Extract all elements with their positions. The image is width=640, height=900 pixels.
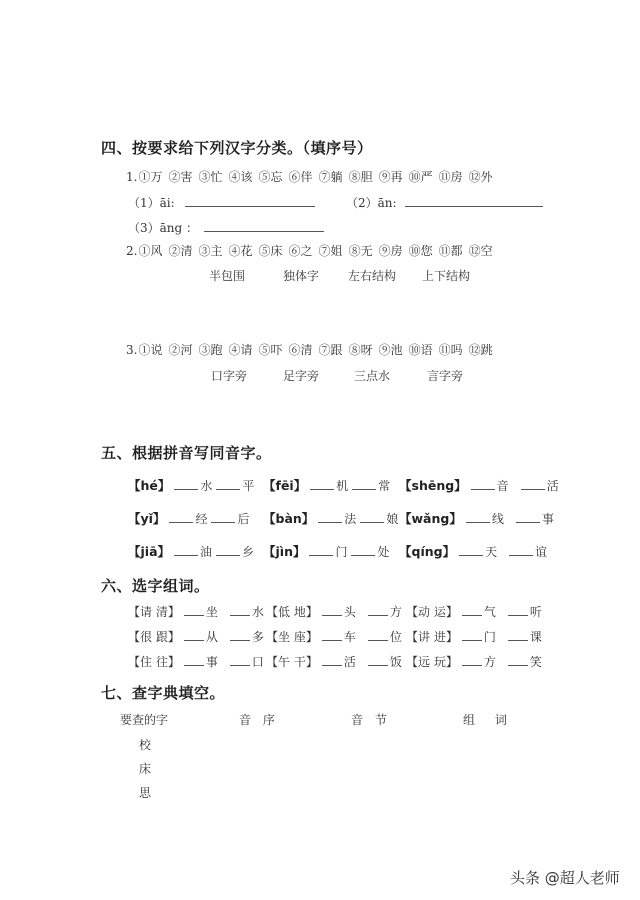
word-blank[interactable]: [184, 653, 204, 666]
q3-label: 3.: [126, 343, 137, 357]
q1-item: ⑩严: [409, 168, 433, 185]
word-char: 饭: [390, 653, 402, 670]
q2-category: 独体字: [283, 267, 319, 284]
word-blank[interactable]: [508, 628, 528, 641]
choice-row: 【请 清】 坐 水 【低 地】 头 方 【动 运】 气 听: [128, 603, 542, 620]
pinyin-label: 【fēi】: [263, 476, 306, 494]
pinyin-label: 【bàn】: [263, 509, 314, 527]
dict-char: 校: [139, 736, 151, 753]
word-blank[interactable]: [230, 628, 250, 641]
q1-item: ②害: [168, 168, 192, 185]
q3-item: ④请: [229, 341, 253, 358]
word-char: 门: [484, 628, 496, 645]
word-char: 平: [242, 477, 254, 494]
q2-item: ③主: [198, 242, 222, 259]
pinyin-group: 【hé】 水 平: [128, 476, 263, 494]
answer-blank[interactable]: [405, 194, 543, 207]
word-blank[interactable]: [169, 510, 193, 523]
pinyin-row: 【yǐ】 经 后 【bàn】 法 娘 【wǎng】 线 事: [128, 509, 554, 527]
word-blank[interactable]: [216, 543, 240, 556]
watermark: 头条 @超人老师: [510, 867, 620, 888]
q3-item: ⑤吓: [259, 341, 283, 358]
word-char: 谊: [535, 543, 547, 560]
choice-row: 【住 往】 事 口 【午 干】 活 饭 【远 玩】 方 笑: [128, 653, 542, 670]
word-char: 音: [497, 477, 509, 494]
word-char: 乡: [242, 543, 254, 560]
q3-category: 足字旁: [283, 367, 319, 384]
word-char: 后: [237, 510, 249, 527]
word-blank[interactable]: [184, 628, 204, 641]
q2-item: ⑧无: [349, 242, 373, 259]
word-blank[interactable]: [368, 628, 388, 641]
q1-item: ⑪房: [439, 168, 463, 185]
word-blank[interactable]: [352, 477, 376, 490]
section-7-title: 七、查字典填空。: [101, 682, 225, 703]
q3-category: 口字旁: [211, 367, 247, 384]
q3-item: ①说: [138, 341, 162, 358]
q1-answer-2: （2）ān:: [346, 194, 543, 211]
word-blank[interactable]: [368, 603, 388, 616]
choice-group: 【住 往】 事 口: [128, 653, 266, 670]
q2-item: ⑪都: [439, 242, 463, 259]
pinyin-label: 【yǐ】: [128, 509, 165, 527]
pinyin-label: 【jiā】: [128, 542, 170, 560]
q1-label: 1.: [126, 170, 137, 184]
q2-item: ②清: [168, 242, 192, 259]
word-char: 口: [252, 653, 264, 670]
dict-header-index: 音 序: [239, 711, 279, 728]
q2-label: 2.: [126, 244, 137, 258]
word-blank[interactable]: [322, 603, 342, 616]
pinyin-group: 【shēng】 音 活: [399, 476, 559, 494]
pinyin-label: 【jìn】: [263, 542, 305, 560]
word-char: 气: [484, 603, 496, 620]
word-char: 从: [206, 628, 218, 645]
word-blank[interactable]: [230, 603, 250, 616]
word-blank[interactable]: [174, 543, 198, 556]
choice-group: 【很 跟】 从 多: [128, 628, 266, 645]
answer-label: （1）āi:: [128, 194, 175, 211]
pinyin-row: 【hé】 水 平 【fēi】 机 常 【shēng】 音 活: [128, 476, 559, 494]
answer-blank[interactable]: [185, 194, 315, 207]
answer-blank[interactable]: [204, 219, 324, 232]
word-char: 车: [344, 628, 356, 645]
pinyin-group: 【yǐ】 经 后: [128, 509, 263, 527]
word-char: 经: [195, 510, 207, 527]
q1-item: ⑧胆: [349, 168, 373, 185]
section-4-title: 四、按要求给下列汉字分类。（填序号）: [101, 137, 373, 158]
word-blank[interactable]: [516, 510, 540, 523]
word-blank[interactable]: [230, 653, 250, 666]
q1-item: ④该: [229, 168, 253, 185]
dict-header-words: 组 词: [463, 711, 515, 728]
word-blank[interactable]: [466, 510, 490, 523]
dict-char: 思: [139, 784, 151, 801]
choice-label: 【坐 座】: [266, 628, 318, 645]
pinyin-group: 【wǎng】 线 事: [399, 509, 554, 527]
dict-char: 床: [139, 760, 151, 777]
q3-item: ⑫跳: [469, 341, 493, 358]
choice-label: 【动 运】: [406, 603, 458, 620]
choice-label: 【讲 进】: [406, 628, 458, 645]
choice-label: 【低 地】: [266, 603, 318, 620]
q3-category: 三点水: [354, 367, 390, 384]
q1-item: ⑫外: [469, 168, 493, 185]
answer-label: （3）āng ：: [128, 219, 198, 236]
q3-items-row: 3. ①说 ②河 ③跑 ④请 ⑤吓 ⑥清 ⑦跟 ⑧呀 ⑨池 ⑩语 ⑪吗 ⑫跳: [126, 341, 499, 358]
q1-item: ⑨再: [379, 168, 403, 185]
word-blank[interactable]: [462, 653, 482, 666]
word-blank[interactable]: [318, 510, 342, 523]
word-char: 事: [542, 510, 554, 527]
word-blank[interactable]: [184, 603, 204, 616]
pinyin-group: 【qíng】 天 谊: [399, 542, 547, 560]
q1-item: ③忙: [198, 168, 222, 185]
word-char: 活: [547, 477, 559, 494]
word-char: 头: [344, 603, 356, 620]
word-blank[interactable]: [521, 477, 545, 490]
q3-item: ⑥清: [289, 341, 313, 358]
word-blank[interactable]: [309, 543, 333, 556]
word-char: 门: [335, 543, 347, 560]
word-blank[interactable]: [360, 510, 384, 523]
choice-label: 【请 清】: [128, 603, 180, 620]
pinyin-group: 【jiā】 油 乡: [128, 542, 263, 560]
pinyin-row: 【jiā】 油 乡 【jìn】 门 处 【qíng】 天 谊: [128, 542, 547, 560]
pinyin-label: 【shēng】: [399, 476, 467, 494]
choice-label: 【午 干】: [266, 653, 318, 670]
q2-item: ⑤床: [259, 242, 283, 259]
word-char: 多: [252, 628, 264, 645]
word-char: 处: [377, 543, 389, 560]
choice-label: 【远 玩】: [406, 653, 458, 670]
q3-item: ⑩语: [409, 341, 433, 358]
word-blank[interactable]: [508, 603, 528, 616]
q2-category: 上下结构: [422, 267, 470, 284]
word-char: 娘: [386, 510, 398, 527]
word-char: 位: [390, 628, 402, 645]
q3-item: ⑪吗: [439, 341, 463, 358]
word-char: 事: [206, 653, 218, 670]
choice-label: 【住 往】: [128, 653, 180, 670]
word-char: 水: [200, 477, 212, 494]
answer-label: （2）ān:: [346, 194, 397, 211]
choice-row: 【很 跟】 从 多 【坐 座】 车 位 【讲 进】 门 课: [128, 628, 542, 645]
word-char: 方: [390, 603, 402, 620]
word-char: 坐: [206, 603, 218, 620]
dict-header-char: 要查的字: [120, 711, 168, 728]
section-5-title: 五、根据拼音写同音字。: [101, 442, 272, 463]
pinyin-group: 【bàn】 法 娘: [263, 509, 399, 527]
choice-group: 【午 干】 活 饭: [266, 653, 406, 670]
word-blank[interactable]: [174, 477, 198, 490]
word-char: 常: [378, 477, 390, 494]
word-blank[interactable]: [351, 543, 375, 556]
q3-category: 言字旁: [427, 367, 463, 384]
word-char: 线: [492, 510, 504, 527]
q1-item: ⑤忘: [259, 168, 283, 185]
q2-item: ⑨房: [379, 242, 403, 259]
word-char: 水: [252, 603, 264, 620]
word-char: 活: [344, 653, 356, 670]
pinyin-label: 【hé】: [128, 476, 170, 494]
pinyin-label: 【qíng】: [399, 542, 455, 560]
choice-label: 【很 跟】: [128, 628, 180, 645]
word-char: 机: [336, 477, 348, 494]
q1-items-row: 1. ①万 ②害 ③忙 ④该 ⑤忘 ⑥伴 ⑦躺 ⑧胆 ⑨再 ⑩严 ⑪房 ⑫外: [126, 168, 499, 185]
pinyin-label: 【wǎng】: [399, 509, 462, 527]
q2-category: 半包围: [209, 267, 245, 284]
word-blank[interactable]: [322, 628, 342, 641]
q2-item: ⑩您: [409, 242, 433, 259]
word-blank[interactable]: [310, 477, 334, 490]
word-char: 课: [530, 628, 542, 645]
q2-item: ①风: [138, 242, 162, 259]
q1-item: ⑦躺: [319, 168, 343, 185]
word-blank[interactable]: [462, 603, 482, 616]
pinyin-group: 【fēi】 机 常: [263, 476, 399, 494]
q3-item: ⑨池: [379, 341, 403, 358]
q1-item: ⑥伴: [289, 168, 313, 185]
word-blank[interactable]: [471, 477, 495, 490]
section-6-title: 六、选字组词。: [101, 575, 210, 596]
word-blank[interactable]: [508, 653, 528, 666]
q3-item: ⑦跟: [319, 341, 343, 358]
q2-item: ⑥之: [289, 242, 313, 259]
word-blank[interactable]: [459, 543, 483, 556]
choice-group: 【讲 进】 门 课: [406, 628, 542, 645]
word-char: 法: [344, 510, 356, 527]
word-char: 笑: [530, 653, 542, 670]
word-char: 天: [485, 543, 497, 560]
dict-header-syllable: 音 节: [351, 711, 391, 728]
word-blank[interactable]: [509, 543, 533, 556]
q2-item: ⑦姐: [319, 242, 343, 259]
q3-item: ②河: [168, 341, 192, 358]
word-char: 油: [200, 543, 212, 560]
word-blank[interactable]: [462, 628, 482, 641]
word-char: 方: [484, 653, 496, 670]
q2-item: ④花: [229, 242, 253, 259]
q3-item: ⑧呀: [349, 341, 373, 358]
q1-answer-3: （3）āng ：: [128, 219, 324, 236]
choice-group: 【低 地】 头 方: [266, 603, 406, 620]
word-blank[interactable]: [322, 653, 342, 666]
word-blank[interactable]: [368, 653, 388, 666]
pinyin-group: 【jìn】 门 处: [263, 542, 399, 560]
q1-answer-1: （1）āi:: [128, 194, 315, 211]
q2-items-row: 2. ①风 ②清 ③主 ④花 ⑤床 ⑥之 ⑦姐 ⑧无 ⑨房 ⑩您 ⑪都 ⑫空: [126, 242, 499, 259]
q1-item: ①万: [138, 168, 162, 185]
q2-item: ⑫空: [469, 242, 493, 259]
choice-group: 【坐 座】 车 位: [266, 628, 406, 645]
choice-group: 【动 运】 气 听: [406, 603, 542, 620]
choice-group: 【请 清】 坐 水: [128, 603, 266, 620]
q2-category: 左右结构: [348, 267, 396, 284]
choice-group: 【远 玩】 方 笑: [406, 653, 542, 670]
q3-item: ③跑: [198, 341, 222, 358]
word-char: 听: [530, 603, 542, 620]
word-blank[interactable]: [216, 477, 240, 490]
word-blank[interactable]: [211, 510, 235, 523]
